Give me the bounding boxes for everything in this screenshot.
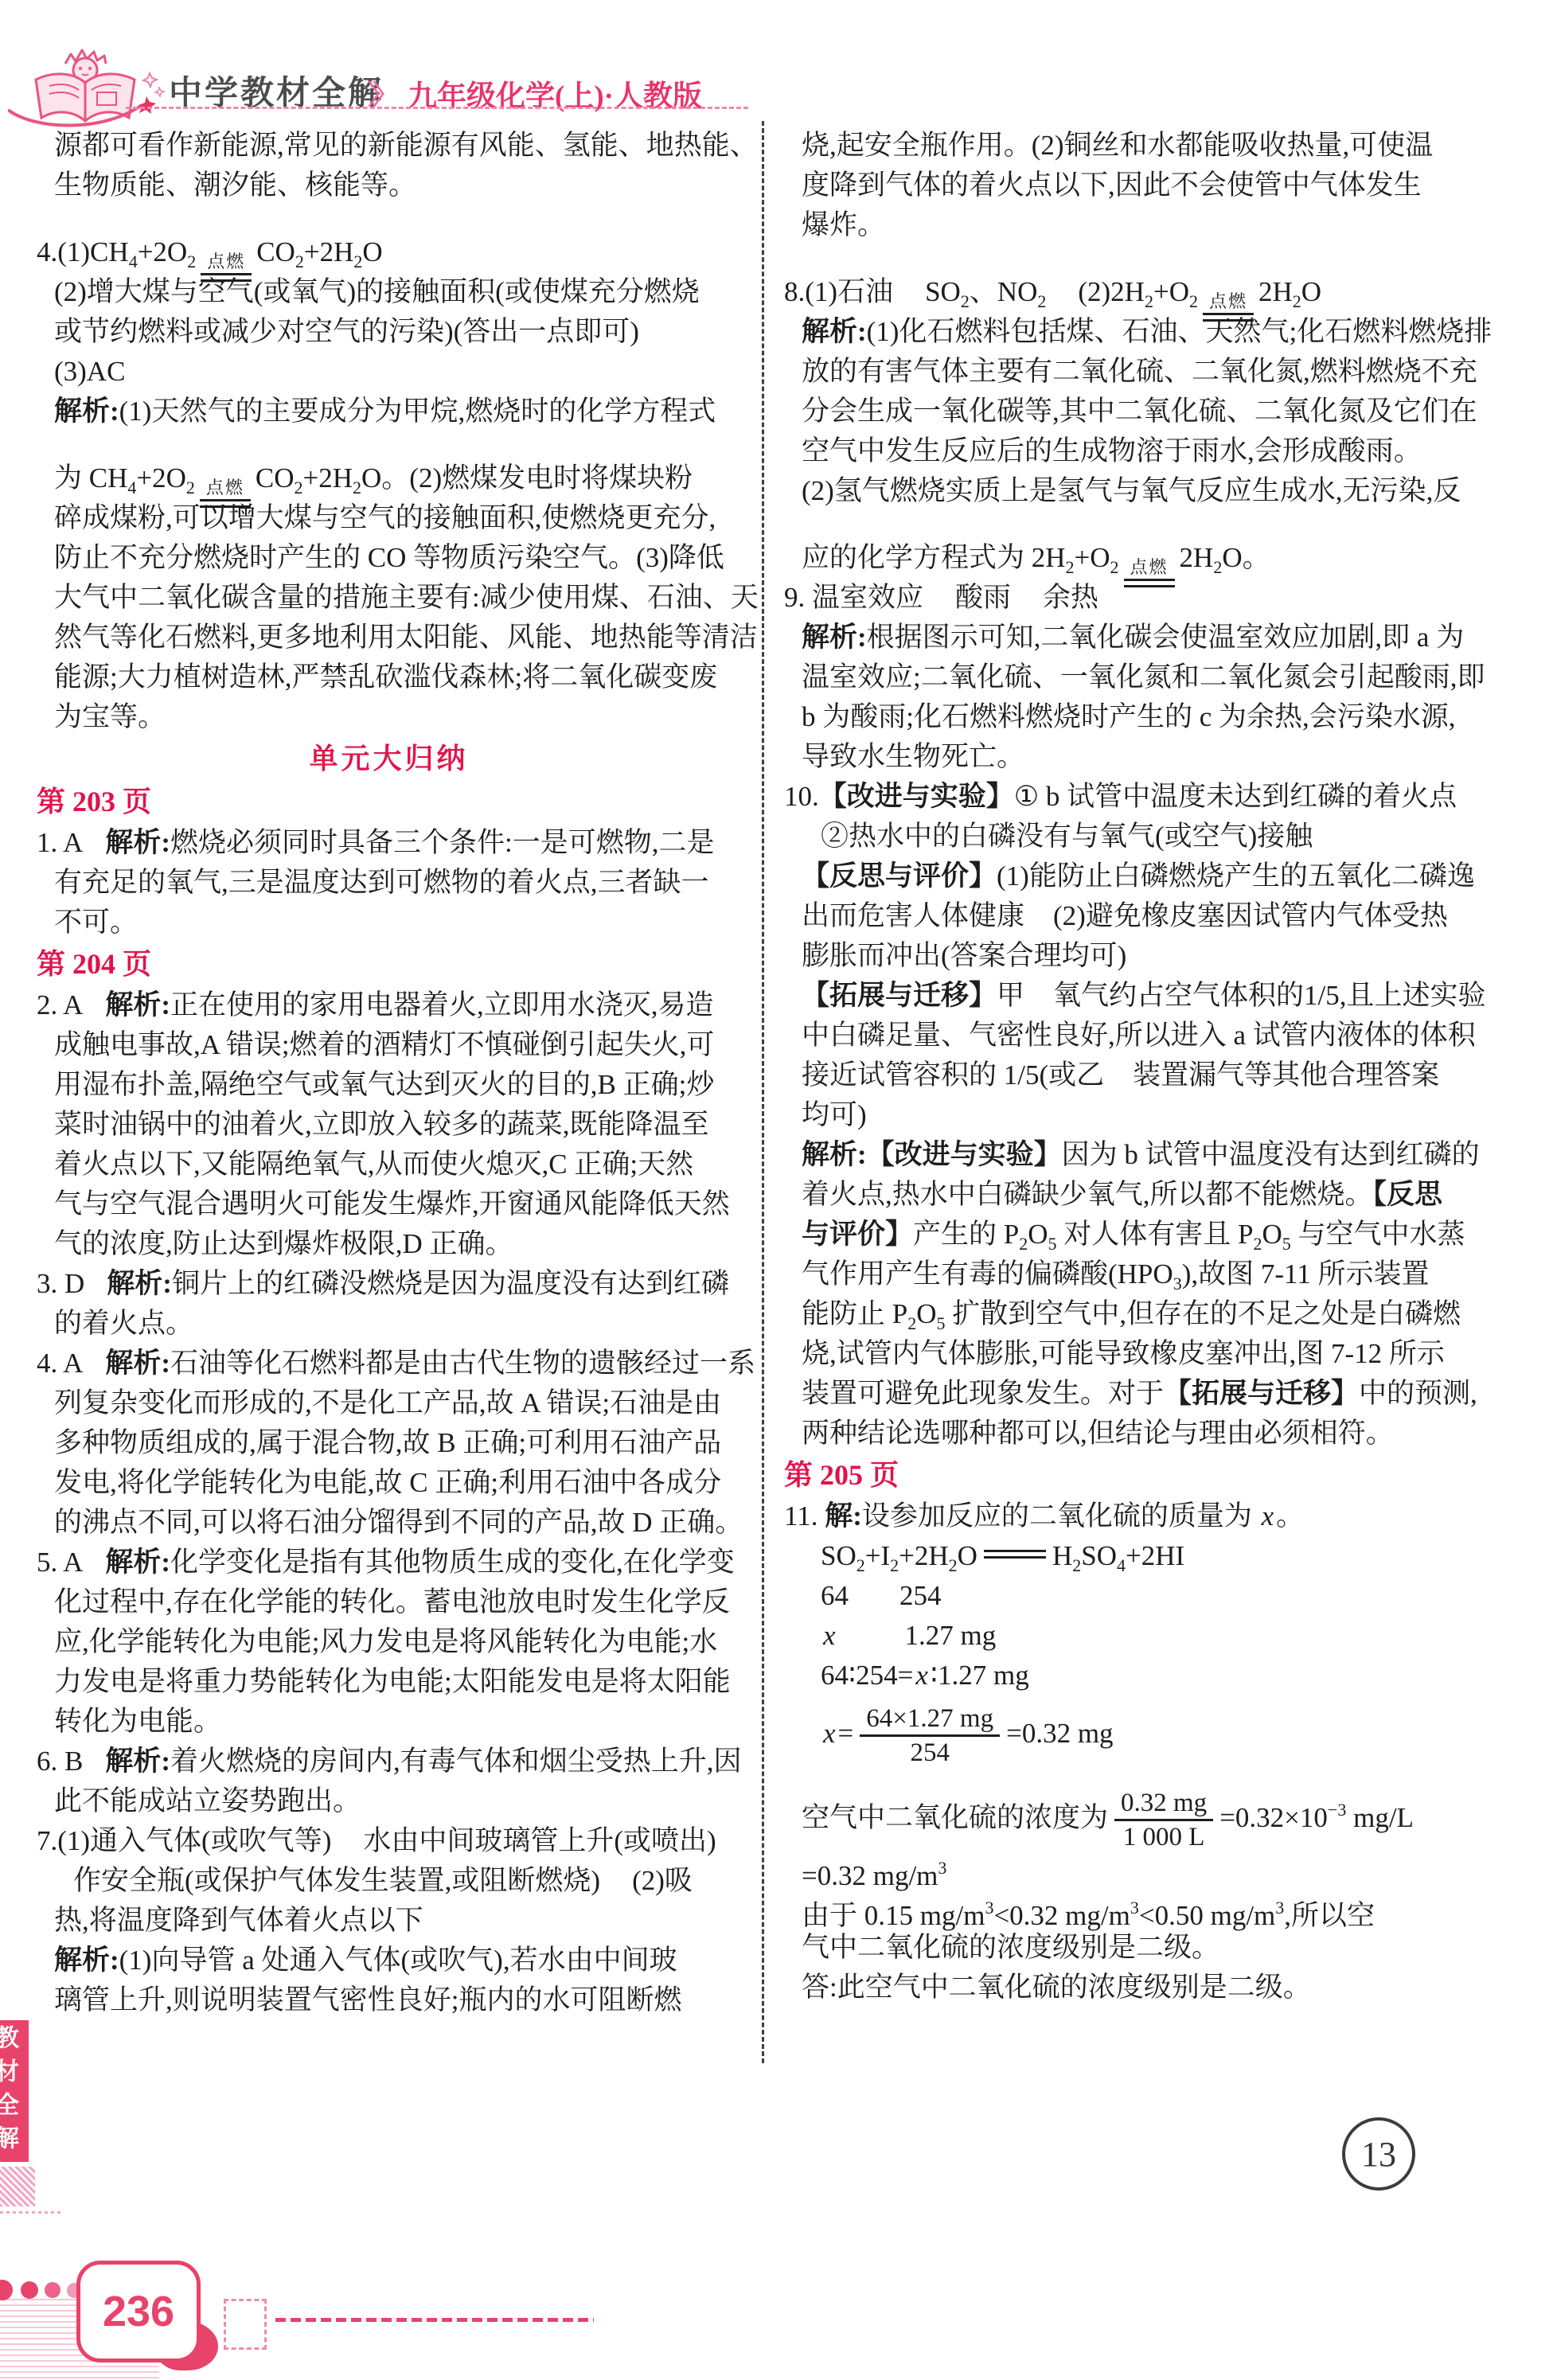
textbook-answer-page: 中学教材全解 》 九年级化学(上)·人教版 源都可看作新能源,常见的新能源有风能… [0,0,1553,2380]
text-line: SO2+I2+2H2OH2SO4+2HI [784,1536,1524,1576]
text-line: 热,将温度降到气体着火点以下 [37,1901,741,1941]
text-line: 64254 [784,1576,1524,1616]
text-line: 空气中发生反应后的生成物溶于雨水,会形成酸雨。 [784,431,1524,471]
text-line: 防止不充分燃烧时产生的 CO 等物质污染空气。(3)降低 [37,538,741,578]
text-line: 碎成煤粉,可以增大煤与空气的接触面积,使燃烧更充分, [37,498,741,538]
text-line: 璃管上升,则说明装置气密性良好;瓶内的水可阻断燃 [37,1980,741,2020]
text-line: 的沸点不同,可以将石油分馏得到不同的产品,故 D 正确。 [37,1503,741,1543]
text-line: 装置可避免此现象发生。对于【拓展与迁移】中的预测, [784,1374,1524,1414]
edge-index-tab: 教材全解 [0,2020,29,2162]
text-line: 解析:(1)天然气的主要成分为甲烷,燃烧时的化学方程式 [37,392,741,431]
text-line: 均可) [784,1095,1524,1135]
text-line: 解析:【改进与实验】因为 b 试管中温度没有达到红磷的 [784,1135,1524,1175]
text-line: 大气中二氧化碳含量的措施主要有:减少使用煤、石油、天 [37,578,741,618]
text-line: 【反思与评价】(1)能防止白磷燃烧产生的五氧化二磷逸 [784,856,1524,896]
edge-tab-label: 教材全解 [0,2025,21,2159]
text-line: 能防止 P2O5 扩散到空气中,但存在的不足之处是白磷燃 [784,1294,1524,1334]
text-line: 爆炸。 [784,205,1524,245]
text-line: 答:此空气中二氧化硫的浓度级别是二级。 [784,1968,1524,2007]
text-line: b 为酸雨;化石燃料燃烧时产生的 c 为余热,会污染水源, [784,697,1524,737]
text-line: 着火点以下,又能隔绝氧气,从而使火熄灭,C 正确;天然 [37,1145,741,1184]
text-line: 气中二氧化硫的浓度级别是二级。 [784,1928,1524,1968]
text-line: 解析:(1)向导管 a 处通入气体(或吹气),若水由中间玻 [37,1941,741,1980]
text-line: (3)AC [37,352,741,392]
text-line: (2)氢气燃烧实质上是氢气与氧气反应生成水,无污染,反 [784,471,1524,511]
hedgehog-reading-book-icon [8,46,167,134]
text-line: 膨胀而冲出(答案合理均可) [784,936,1524,976]
text-line: 成触电事故,A 错误;燃着的酒精灯不慎碰倒引起失火,可 [37,1025,741,1065]
text-line: 发电,将化学能转化为电能,故 C 正确;利用石油中各成分 [37,1463,741,1503]
dotted-line-decoration [0,2211,64,2214]
text-line: 6. B解析:着火燃烧的房间内,有毒气体和烟尘受热上升,因 [37,1742,741,1781]
text-line: 8.(1)石油SO2、NO2(2)2H2+O2点燃2H2O [784,245,1524,312]
text-line: 化过程中,存在化学能的转化。蓄电池放电时发生化学反 [37,1582,741,1622]
text-line: 64∶254=x∶1.27 mg [784,1656,1524,1695]
text-line: 气作用产生有毒的偏磷酸(HPO3),故图 7-11 所示装置 [784,1254,1524,1294]
text-line: 生物质能、潮汐能、核能等。 [37,166,741,205]
text-line: 7.(1)通入气体(或吹气等)水由中间玻璃管上升(或喷出) [37,1821,741,1861]
ignite-condition: 点燃 [1124,559,1175,587]
text-line: 中白磷足量、气密性良好,所以进入 a 试管内液体的体积 [784,1016,1524,1055]
book-page-number-badge: 236 [76,2261,201,2362]
text-line: 3. D解析:铜片上的红磷没燃烧是因为温度没有达到红磷 [37,1264,741,1304]
text-line: 4. A解析:石油等化石燃料都是由古代生物的遗骸经过一系 [37,1344,741,1383]
dashed-square-decoration [224,2299,267,2350]
text-line: 温室效应;二氧化硫、一氧化氮和二氧化氮会引起酸雨,即 [784,657,1524,697]
text-line: 为宝等。 [37,697,741,737]
dot-decoration [0,2280,13,2300]
text-line: 作安全瓶(或保护气体发生装置,或阻断燃烧)(2)吸 [37,1861,741,1901]
text-line: 列复杂变化而形成的,不是化工产品,故 A 错误;石油是由 [37,1383,741,1423]
text-line: 出而危害人体健康(2)避免橡皮塞因试管内气体受热 [784,896,1524,936]
page-ref-heading: 第 204 页 [37,942,741,985]
right-column: 烧,起安全瓶作用。(2)铜丝和水都能吸收热量,可使温度降到气体的着火点以下,因此… [784,126,1524,2007]
text-line: 着火点,热水中白磷缺少氧气,所以都不能燃烧。【反思 [784,1175,1524,1215]
text-line: 解析:根据图示可知,二氧化碳会使温室效应加剧,即 a 为 [784,618,1524,657]
text-line: 多种物质组成的,属于混合物,故 B 正确;可利用石油产品 [37,1423,741,1463]
text-line: 不可。 [37,903,741,942]
text-line: 应,化学能转化为电能;风力发电是将风能转化为电能;水 [37,1622,741,1662]
text-line: 度降到气体的着火点以下,因此不会使管中气体发生 [784,166,1524,205]
text-line: 由于 0.15 mg/m3<0.32 mg/m3<0.50 mg/m3,所以空 [784,1888,1524,1928]
text-line: =0.32 mg/m3 [784,1848,1524,1888]
text-line: 11. 解:设参加反应的二氧化硫的质量为 x。 [784,1496,1524,1536]
header-dashed-rule [126,107,748,109]
dashed-rule-decoration [275,2318,594,2322]
text-line: 与评价】产生的 P2O5 对人体有害且 P2O5 与空气中水蒸 [784,1215,1524,1254]
page-ref-heading: 第 203 页 [37,780,741,823]
text-line: 然气等化石燃料,更多地利用太阳能、风能、地热能等清洁 [37,618,741,657]
section-title: 单元大归纳 [37,737,741,780]
text-line: 解析:(1)化石燃料包括煤、石油、天然气;化石燃料燃烧排 [784,312,1524,352]
text-line: 放的有害气体主要有二氧化硫、二氧化氮,燃料燃烧不充 [784,352,1524,392]
text-line: 4.(1)CH4+2O2点燃CO2+2H2O [37,205,741,272]
text-line: 有充足的氧气,三是温度达到可燃物的着火点,三者缺一 [37,863,741,903]
text-line: 用湿布扑盖,隔绝空气或氧气达到灭火的目的,B 正确;炒 [37,1065,741,1105]
text-line: 为 CH4+2O2点燃CO2+2H2O。(2)燃煤发电时将煤块粉 [37,431,741,498]
dot-decoration [21,2281,38,2299]
text-line: 烧,起安全瓶作用。(2)铜丝和水都能吸收热量,可使温 [784,126,1524,166]
text-line: x1.27 mg [784,1616,1524,1656]
answer-page-number-circle: 13 [1342,2117,1415,2191]
text-line: 5. A解析:化学变化是指有其他物质生成的变化,在化学变 [37,1543,741,1582]
column-divider [762,121,764,2063]
hatch-decoration [0,2167,35,2206]
text-line: 导致水生物死亡。 [784,737,1524,777]
text-line: 1. A解析:燃烧必须同时具备三个条件:一是可燃物,二是 [37,823,741,863]
text-line: 2. A解析:正在使用的家用电器着火,立即用水浇灭,易造 [37,985,741,1025]
page-ref-heading: 第 205 页 [784,1453,1524,1496]
text-line: 分会生成一氧化碳等,其中二氧化硫、二氧化氮及它们在 [784,392,1524,431]
text-line: 应的化学方程式为 2H2+O2点燃2H2O。 [784,511,1524,578]
text-line: 能源;大力植树造林,严禁乱砍滥伐森林;将二氧化碳变废 [37,657,741,697]
text-line: 的着火点。 [37,1304,741,1344]
text-line: 空气中二氧化硫的浓度为0.32 mg1 000 L=0.32×10−3 mg/L [784,1772,1524,1848]
text-line: 气与空气混合遇明火可能发生爆炸,开窗通风能降低天然 [37,1184,741,1224]
text-line: 【拓展与迁移】甲氧气约占空气体积的1/5,且上述实验 [784,976,1524,1016]
text-line: 接近试管容积的 1/5(或乙装置漏气等其他合理答案 [784,1055,1524,1095]
text-line: 气的浓度,防止达到爆炸极限,D 正确。 [37,1224,741,1264]
text-line: 烧,试管内气体膨胀,可能导致橡皮塞冲出,图 7-12 所示 [784,1334,1524,1374]
text-line: 源都可看作新能源,常见的新能源有风能、氢能、地热能、 [37,126,741,166]
left-column: 源都可看作新能源,常见的新能源有风能、氢能、地热能、生物质能、潮汐能、核能等。4… [37,126,741,2020]
text-line: 菜时油锅中的油着火,立即放入较多的蔬菜,既能降温至 [37,1105,741,1145]
text-line: ②热水中的白磷没有与氧气(或空气)接触 [784,817,1524,856]
text-line: 力发电是将重力势能转化为电能;太阳能发电是将太阳能 [37,1662,741,1702]
dot-decoration [45,2282,60,2298]
text-line: x=64×1.27 mg254=0.32 mg [784,1695,1524,1772]
text-line: 转化为电能。 [37,1702,741,1742]
text-line: 两种结论选哪种都可以,但结论与理由必须相符。 [784,1414,1524,1453]
text-line: (2)增大煤与空气(或氧气)的接触面积(或使煤充分燃烧 [37,272,741,312]
text-line: 或节约燃料或减少对空气的污染)(答出一点即可) [37,312,741,352]
text-line: 此不能成站立姿势跑出。 [37,1781,741,1821]
text-line: 10.【改进与实验】① b 试管中温度未达到红磷的着火点 [784,777,1524,817]
